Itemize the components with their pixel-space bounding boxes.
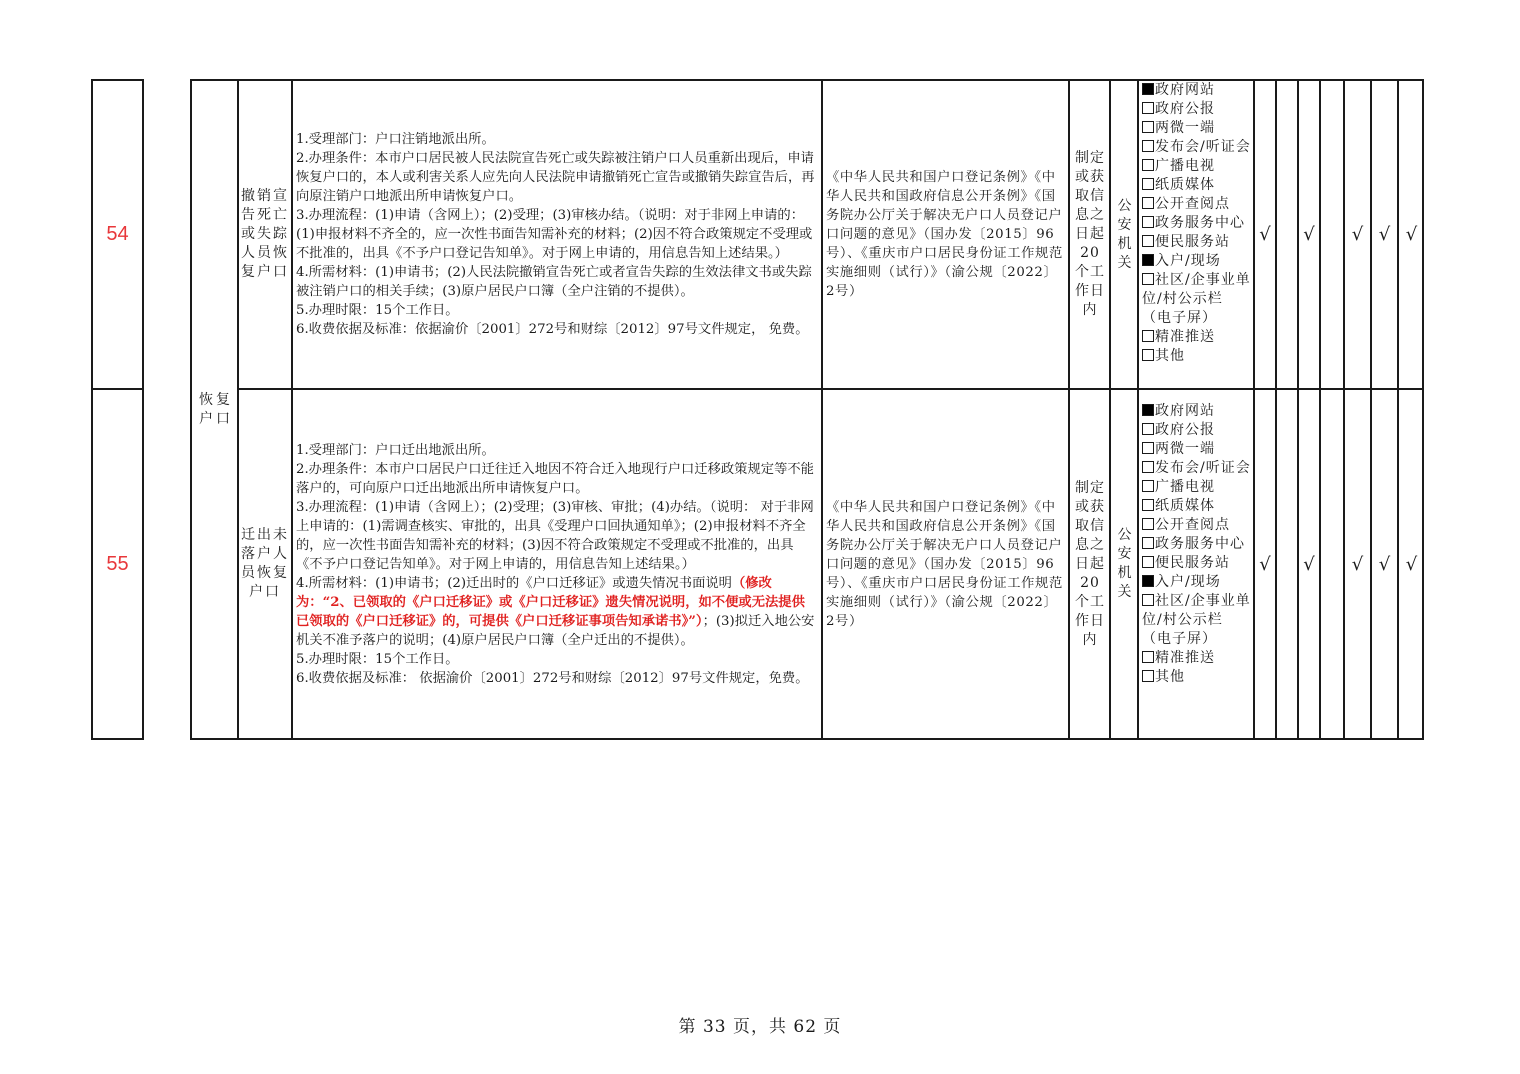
legal-basis-cell: 《中华人民共和国户口登记条例》《中华人民共和国政府信息公开条例》《国务院办公厅关… — [823, 390, 1069, 738]
category-label: 恢复户口 — [199, 391, 235, 429]
unchecked-box-icon — [1142, 499, 1154, 511]
row-number-55: 55 — [93, 390, 142, 738]
content-line: 4.所需材料：(1)申请书；(2)人民法院撤销宣告死亡或者宣告失踪的生效法律文书… — [296, 263, 818, 301]
unchecked-box-icon — [1142, 235, 1154, 247]
unchecked-box-icon — [1142, 273, 1154, 285]
unchecked-box-icon — [1142, 594, 1154, 606]
item-name: 撤销宣告死亡或失踪人员恢复户口 — [241, 187, 289, 282]
channel-item: 政务服务中心 — [1142, 535, 1252, 554]
unchecked-box-icon — [1142, 197, 1154, 209]
channel-item: 公开查阅点 — [1142, 195, 1252, 214]
content-line: 6.收费依据及标准：依据渝价〔2001〕272号和财综〔2012〕97号文件规定… — [296, 320, 818, 339]
department-cell: 公安机关 — [1111, 390, 1138, 738]
channels-cell: 政府网站 政府公报 两微一端 发布会/听证会 广播电视 纸质媒体 公开查阅点 政… — [1139, 81, 1255, 388]
channel-item: 纸质媒体 — [1142, 176, 1252, 195]
time-limit-cell: 制定或获取信息之日起20个工作日内 — [1070, 81, 1110, 388]
channel-item: 便民服务站 — [1142, 554, 1252, 573]
channel-item: 其他 — [1142, 668, 1252, 687]
content-line: 2.办理条件：本市户口居民被人民法院宣告死亡或失踪被注销户口人员重新出现后，申请… — [296, 149, 818, 206]
checked-box-icon — [1142, 404, 1154, 416]
empty-mark — [1321, 81, 1343, 388]
content-line: 2.办理条件：本市户口居民户口迁往迁入地因不符合迁入地现行户口迁移政策规定等不能… — [296, 460, 818, 498]
department-cell: 公安机关 — [1111, 81, 1138, 388]
channel-item: 入户/现场 — [1142, 573, 1252, 592]
document-page: 54 55 恢复户口 撤销宣告死亡或失踪人员恢复户口 1.受理部门：户口注 — [0, 0, 1520, 1074]
check-mark-icon: √ — [1345, 81, 1370, 388]
content-line: 5.办理时限：15个工作日。 — [296, 650, 818, 669]
unchecked-box-icon — [1142, 537, 1154, 549]
channel-item: 发布会/听证会 — [1142, 138, 1252, 157]
content-text: 1.受理部门：户口注销地派出所。 2.办理条件：本市户口居民被人民法院宣告死亡或… — [296, 130, 818, 339]
unchecked-box-icon — [1142, 423, 1154, 435]
item-name-cell: 撤销宣告死亡或失踪人员恢复户口 — [239, 81, 291, 388]
unchecked-box-icon — [1142, 159, 1154, 171]
channel-item: 两微一端 — [1142, 119, 1252, 138]
item-name: 迁出未落户人员恢复户口 — [241, 526, 289, 602]
channels-cell: 政府网站 政府公报 两微一端 发布会/听证会 广播电视 纸质媒体 公开查阅点 政… — [1139, 402, 1255, 732]
content-line: 1.受理部门：户口注销地派出所。 — [296, 130, 818, 149]
legal-basis-cell: 《中华人民共和国户口登记条例》《中华人民共和国政府信息公开条例》《国务院办公厅关… — [823, 81, 1069, 388]
unchecked-box-icon — [1142, 480, 1154, 492]
unchecked-box-icon — [1142, 330, 1154, 342]
check-mark-icon: √ — [1255, 81, 1275, 388]
page-footer: 第 33 页，共 62 页 — [0, 1012, 1520, 1037]
channel-item: 发布会/听证会 — [1142, 459, 1252, 478]
check-mark-icon: √ — [1255, 390, 1275, 738]
content-cell: 1.受理部门：户口注销地派出所。 2.办理条件：本市户口居民被人民法院宣告死亡或… — [293, 81, 821, 388]
content-line: 5.办理时限：15个工作日。 — [296, 301, 818, 320]
channel-item: 公开查阅点 — [1142, 516, 1252, 535]
content-line: 6.收费依据及标准： 依据渝价〔2001〕272号和财综〔2012〕97号文件规… — [296, 669, 818, 688]
channel-item: 其他 — [1142, 347, 1252, 366]
checked-box-icon — [1142, 83, 1154, 95]
check-mark-icon: √ — [1299, 81, 1319, 388]
check-mark-icon: √ — [1399, 81, 1424, 388]
unchecked-box-icon — [1142, 442, 1154, 454]
time-limit-text: 制定或获取信息之日起20个工作日内 — [1075, 149, 1105, 320]
channel-item: 政府公报 — [1142, 100, 1252, 119]
content-line: 1.受理部门：户口迁出地派出所。 — [296, 441, 818, 460]
unchecked-box-icon — [1142, 670, 1154, 682]
channel-item: 广播电视 — [1142, 157, 1252, 176]
unchecked-box-icon — [1142, 651, 1154, 663]
checked-box-icon — [1142, 254, 1154, 266]
content-line: 3.办理流程：(1)申请（含网上）；(2)受理；(3)审核、审批；(4)办结。（… — [296, 498, 818, 574]
channel-item: 社区/企事业单位/村公示栏（电子屏） — [1142, 271, 1252, 328]
department-text: 公安机关 — [1117, 526, 1133, 602]
content-text: 1.受理部门：户口迁出地派出所。 2.办理条件：本市户口居民户口迁往迁入地因不符… — [296, 441, 818, 688]
channel-item: 广播电视 — [1142, 478, 1252, 497]
channel-item: 政务服务中心 — [1142, 214, 1252, 233]
unchecked-box-icon — [1142, 216, 1154, 228]
channel-item: 精准推送 — [1142, 328, 1252, 347]
row-number-54: 54 — [93, 81, 142, 388]
checked-box-icon — [1142, 575, 1154, 587]
channel-item: 社区/企事业单位/村公示栏（电子屏） — [1142, 592, 1252, 649]
check-mark-icon: √ — [1372, 390, 1397, 738]
department-text: 公安机关 — [1117, 197, 1133, 273]
channel-item: 两微一端 — [1142, 440, 1252, 459]
content-line: 4.所需材料：(1)申请书；(2)迁出时的《户口迁移证》或遗失情况书面说明（修改… — [296, 574, 818, 650]
content-cell: 1.受理部门：户口迁出地派出所。 2.办理条件：本市户口居民户口迁往迁入地因不符… — [293, 390, 821, 738]
content-line: 3.办理流程：(1)申请（含网上）；(2)受理；(3)审核办结。（说明：对于非网… — [296, 206, 818, 263]
row-number-column: 54 55 — [91, 79, 144, 740]
unchecked-box-icon — [1142, 349, 1154, 361]
empty-mark — [1277, 81, 1297, 388]
item-name-cell: 迁出未落户人员恢复户口 — [239, 390, 291, 738]
channel-item: 入户/现场 — [1142, 252, 1252, 271]
unchecked-box-icon — [1142, 518, 1154, 530]
time-limit-text: 制定或获取信息之日起20个工作日内 — [1075, 479, 1105, 650]
empty-mark — [1321, 390, 1343, 738]
check-mark-icon: √ — [1372, 81, 1397, 388]
unchecked-box-icon — [1142, 121, 1154, 133]
unchecked-box-icon — [1142, 140, 1154, 152]
channel-item: 纸质媒体 — [1142, 497, 1252, 516]
channel-item: 精准推送 — [1142, 649, 1252, 668]
legal-basis-text: 《中华人民共和国户口登记条例》《中华人民共和国政府信息公开条例》《国务院办公厅关… — [826, 168, 1066, 301]
unchecked-box-icon — [1142, 178, 1154, 190]
check-mark-icon: √ — [1399, 390, 1424, 738]
channel-item: 政府网站 — [1142, 402, 1252, 421]
unchecked-box-icon — [1142, 556, 1154, 568]
time-limit-cell: 制定或获取信息之日起20个工作日内 — [1070, 390, 1110, 738]
category-cell: 恢复户口 — [192, 81, 237, 738]
channel-item: 政府网站 — [1142, 81, 1252, 100]
unchecked-box-icon — [1142, 102, 1154, 114]
disclosure-table: 恢复户口 撤销宣告死亡或失踪人员恢复户口 1.受理部门：户口注销地派出所。 2.… — [190, 79, 1424, 740]
check-mark-icon: √ — [1299, 390, 1319, 738]
channel-item: 便民服务站 — [1142, 233, 1252, 252]
legal-basis-text: 《中华人民共和国户口登记条例》《中华人民共和国政府信息公开条例》《国务院办公厅关… — [826, 498, 1066, 631]
channel-item: 政府公报 — [1142, 421, 1252, 440]
unchecked-box-icon — [1142, 461, 1154, 473]
empty-mark — [1277, 390, 1297, 738]
check-mark-icon: √ — [1345, 390, 1370, 738]
